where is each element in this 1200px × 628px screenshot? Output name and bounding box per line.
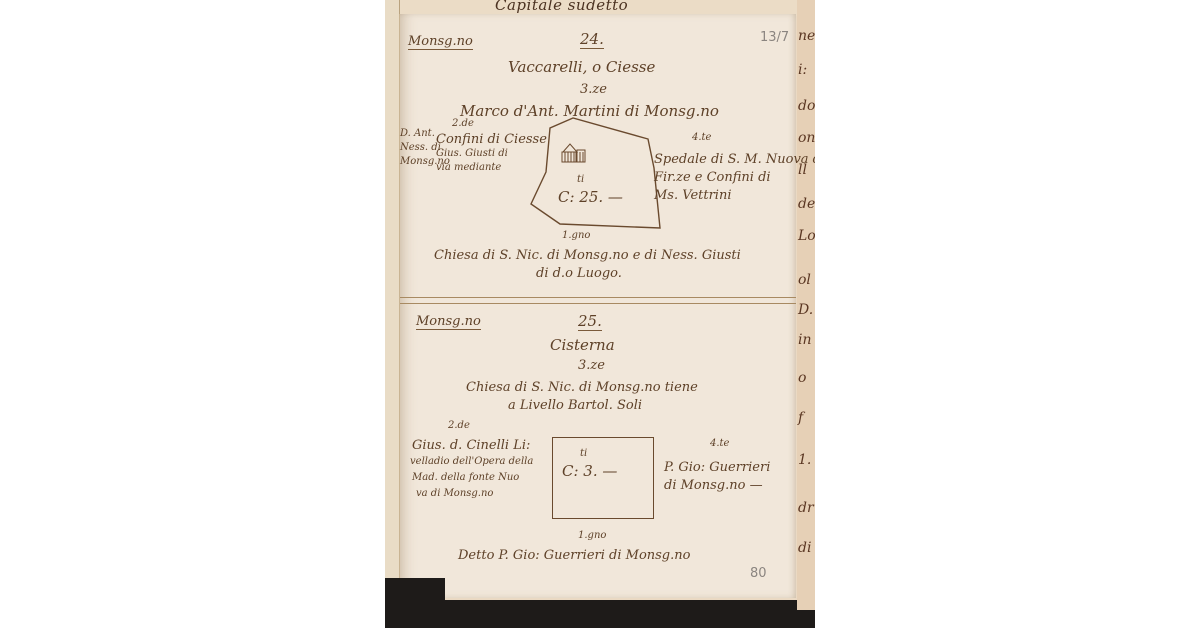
binding-fold [385, 0, 400, 590]
west-label-25: 2.de [448, 420, 470, 431]
chapel-icon [562, 144, 585, 162]
south-neighbor-25: Detto P. Gio: Guerrieri di Monsg.no [458, 548, 690, 563]
fragment: di [798, 540, 811, 556]
margin-place-25: Monsg.no [416, 314, 481, 330]
north-label-25: 3.ze [578, 358, 605, 373]
fragment: Lo [798, 228, 815, 244]
south-label-25: 1.gno [578, 530, 606, 541]
area-label-25: ti [580, 448, 587, 459]
manuscript-page: Monsg.no 24. 13/7 Vaccarelli, o Ciesse 3… [399, 14, 796, 598]
fragment: dr [798, 500, 814, 516]
manuscript-scan: Capitale sudetto ne i: do on ll de Lo ol… [385, 0, 815, 628]
west-neighbor-25: Mad. della fonte Nuo [412, 472, 519, 483]
parcel-24-polygon [400, 14, 796, 274]
west-neighbor-25: va di Monsg.no [416, 488, 493, 499]
south-label-24: 1.gno [562, 230, 590, 241]
east-label-24: 4.te [692, 132, 711, 143]
fragment: D. [798, 302, 813, 318]
east-neighbor-24: Fir.ze e Confini di [654, 170, 771, 185]
entry-divider [400, 297, 796, 304]
dark-background [385, 578, 445, 628]
fragment: ol [798, 272, 811, 288]
fragment: o [798, 370, 806, 386]
area-25: C: 3. — [562, 462, 617, 480]
west-neighbor-25: Gius. d. Cinelli Li: [412, 438, 530, 453]
entry-number-25: 25. [578, 312, 602, 331]
south-neighbor-24: di d.o Luogo. [536, 266, 622, 281]
area-label-24: ti [577, 174, 584, 185]
north-neighbor-25: a Livello Bartol. Soli [508, 398, 642, 413]
fragment: i: [798, 62, 807, 78]
area-24: C: 25. — [558, 188, 623, 206]
south-neighbor-24: Chiesa di S. Nic. di Monsg.no e di Ness.… [434, 248, 741, 263]
west-neighbor-25: velladio dell'Opera della [410, 456, 533, 467]
east-neighbor-24: Ms. Vettrini [654, 188, 732, 203]
fragment: ne [798, 28, 815, 44]
east-neighbor-25: di Monsg.no — [664, 478, 763, 493]
east-neighbor-24: Spedale di S. M. Nuova di [654, 152, 815, 167]
fragment: 1. [798, 452, 811, 468]
top-overflow-text: Capitale sudetto [495, 0, 628, 14]
fragment: on [798, 130, 815, 146]
north-neighbor-25: Chiesa di S. Nic. di Monsg.no tiene [466, 380, 698, 395]
right-page-edge: ne i: do on ll de Lo ol D. in o f 1. dr … [797, 0, 815, 610]
fragment: de [798, 196, 815, 212]
entry-title-25: Cisterna [550, 336, 615, 354]
folio-number: 80 [750, 566, 767, 581]
east-neighbor-25: P. Gio: Guerrieri [664, 460, 770, 475]
fragment: f [798, 410, 803, 426]
fragment: in [798, 332, 812, 348]
east-label-25: 4.te [710, 438, 729, 449]
fragment: do [798, 98, 815, 114]
